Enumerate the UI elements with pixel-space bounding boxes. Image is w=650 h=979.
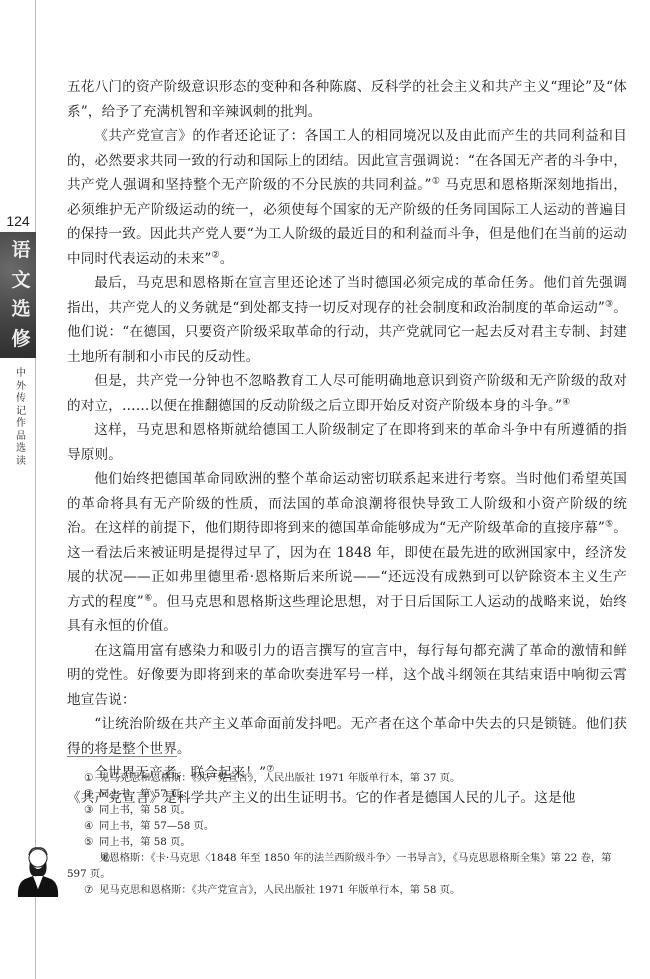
- page-number: 124: [4, 213, 32, 229]
- paragraph-text: 在这篇用富有感染力和吸引力的语言撰写的宣言中，每行每句都充满了革命的激情和鲜明的…: [67, 643, 627, 708]
- paragraph-text: 但是，共产党一分钟也不忽略教育工人尽可能明确地意识到资产阶级和无产阶级的敌对的对…: [67, 373, 627, 414]
- footnote-divider: [67, 756, 177, 757]
- footnote-text: 见恩格斯：《卡·马克思〈1848 年至 1850 年的法兰西阶级斗争〉一书导言》…: [67, 852, 611, 880]
- quote-paragraph: “让统治阶级在共产主义革命面前发抖吧。无产者在这个革命中失去的只是锁链。他们获得…: [67, 712, 627, 761]
- series-title-char: 文: [8, 271, 34, 290]
- footnote-mark: ⑥: [84, 850, 99, 866]
- footnote-item: ③同上书，第 58 页。: [67, 802, 627, 818]
- paragraph: 他们始终把德国革命同欧洲的整个革命运动密切联系起来进行考察。当时他们希望英国的革…: [67, 467, 627, 639]
- footnote-item: ⑦见马克思和恩格斯：《共产党宣言》，人民出版社 1971 年版单行本，第 58 …: [67, 882, 627, 898]
- footnote-ref[interactable]: ④: [562, 397, 570, 407]
- series-title-char: 选: [8, 300, 34, 319]
- footnote-text: 同上书，第 57—58 页。: [99, 820, 214, 832]
- paragraph-text: 他们始终把德国革命同欧洲的整个革命运动密切联系起来进行考察。当时他们希望英国的革…: [67, 471, 627, 536]
- series-title-block: 语 文 选 修: [0, 232, 36, 358]
- paragraph-text: 这样，马克思和恩格斯就给德国工人阶级制定了在即将到来的革命斗争中有所遵循的指导原…: [67, 422, 627, 463]
- footnote-item: ①见马克思和恩格斯：《共产党宣言》，人民出版社 1971 年版单行本，第 37 …: [67, 770, 627, 786]
- footnote-text: 同上书，第 58 页。: [99, 836, 191, 848]
- paragraph: 五花八门的资产阶级意识形态的变种和各种陈腐、反科学的社会主义和共产主义“理论”及…: [67, 75, 627, 124]
- footnote-text: 同上书，第 58 页。: [99, 804, 191, 816]
- paragraph: 《共产党宣言》的作者还论证了：各国工人的相同境况以及由此而产生的共同利益和目的，…: [67, 124, 627, 271]
- footnotes: ①见马克思和恩格斯：《共产党宣言》，人民出版社 1971 年版单行本，第 37 …: [67, 770, 627, 898]
- footnote-item: ②同上书，第 57 页。: [67, 786, 627, 802]
- footnote-mark: ⑤: [84, 834, 99, 850]
- paragraph: 最后，马克思和恩格斯在宣言里还论述了当时德国必须完成的革命任务。他们首先强调指出…: [67, 271, 627, 369]
- footnote-ref[interactable]: ③: [605, 299, 613, 309]
- series-title-char: 语: [8, 241, 34, 260]
- footnote-text: 同上书，第 57 页。: [99, 788, 191, 800]
- series-title-char: 修: [8, 330, 34, 349]
- footnote-mark: ④: [84, 818, 99, 834]
- paragraph-text: “让统治阶级在共产主义革命面前发抖吧。无产者在这个革命中失去的只是锁链。他们获得…: [67, 716, 627, 757]
- paragraph: 但是，共产党一分钟也不忽略教育工人尽可能明确地意识到资产阶级和无产阶级的敌对的对…: [67, 369, 627, 418]
- footnote-mark: ③: [84, 802, 99, 818]
- footnote-ref[interactable]: ⑤: [605, 519, 613, 529]
- footnote-mark: ②: [84, 786, 99, 802]
- footnote-mark: ⑦: [84, 882, 99, 898]
- paragraph: 这样，马克思和恩格斯就给德国工人阶级制定了在即将到来的革命斗争中有所遵循的指导原…: [67, 418, 627, 467]
- footnote-text: 见马克思和恩格斯：《共产党宣言》，人民出版社 1971 年版单行本，第 58 页…: [99, 884, 460, 896]
- footnote-ref[interactable]: ⑥: [144, 593, 153, 603]
- footnote-ref[interactable]: ②: [212, 250, 220, 260]
- footnote-item: ④同上书，第 57—58 页。: [67, 818, 627, 834]
- marx-portrait-icon: [15, 843, 61, 899]
- footnote-text: 见马克思和恩格斯：《共产党宣言》，人民出版社 1971 年版单行本，第 37 页…: [99, 772, 460, 784]
- footnote-mark: ①: [84, 770, 99, 786]
- body-text: 五花八门的资产阶级意识形态的变种和各种陈腐、反科学的社会主义和共产主义“理论”及…: [67, 75, 627, 810]
- footnote-item: ⑥见恩格斯：《卡·马克思〈1848 年至 1850 年的法兰西阶级斗争〉一书导言…: [67, 850, 627, 882]
- series-subtitle: 中外传记作品选读: [14, 368, 28, 468]
- paragraph-text: 五花八门的资产阶级意识形态的变种和各种陈腐、反科学的社会主义和共产主义“理论”及…: [67, 79, 627, 120]
- paragraph-text: 。: [220, 251, 234, 267]
- paragraph-text: 最后，马克思和恩格斯在宣言里还论述了当时德国必须完成的革命任务。他们首先强调指出…: [67, 275, 627, 316]
- margin-rule: [35, 0, 36, 979]
- paragraph: 在这篇用富有感染力和吸引力的语言撰写的宣言中，每行每句都充满了革命的激情和鲜明的…: [67, 639, 627, 713]
- footnote-item: ⑤同上书，第 58 页。: [67, 834, 627, 850]
